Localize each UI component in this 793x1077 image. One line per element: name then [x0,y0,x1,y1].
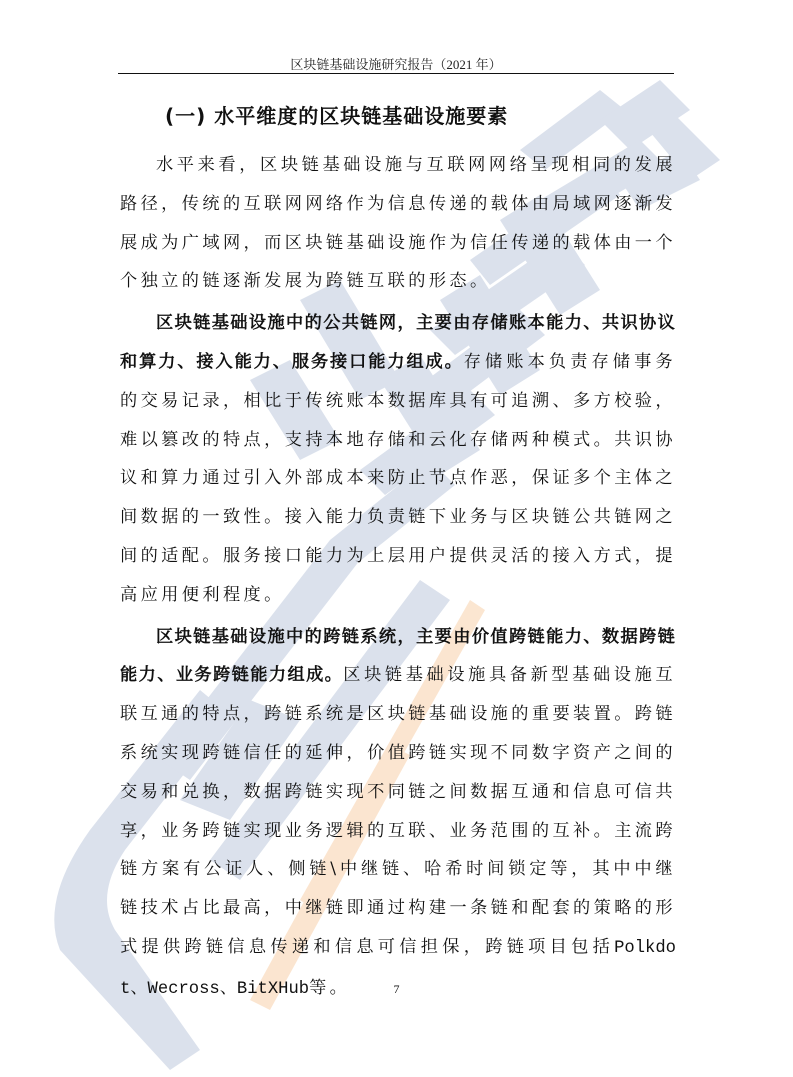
paragraph-body: 水平来看，区块链基础设施与互联网网络呈现相同的发展路径，传统的互联网网络作为信息… [120,155,676,291]
page-content: (一) 水平维度的区块链基础设施要素 水平来看，区块链基础设施与互联网网络呈现相… [120,96,676,1010]
header-rule [118,73,674,74]
paragraph-body: 区块链基础设施具备新型基础设施互联互通的特点，跨链系统是区块链基础设施的重要装置… [120,665,676,957]
paragraph-horizontal-overview: 水平来看，区块链基础设施与互联网网络呈现相同的发展路径，传统的互联网网络作为信息… [120,146,676,301]
paragraph-public-chain-network: 区块链基础设施中的公共链网，主要由存储账本能力、共识协议和算力、接入能力、服务接… [120,304,676,614]
running-header: 区块链基础设施研究报告（2021 年） [118,54,674,73]
paragraph-cross-chain-system: 区块链基础设施中的跨链系统，主要由价值跨链能力、数据跨链能力、业务跨链能力组成。… [120,618,676,1010]
paragraph-body: 存储账本负责存储事务的交易记录，相比于传统账本数据库具有可追溯、多方校验，难以篡… [120,352,676,605]
section-heading: (一) 水平维度的区块链基础设施要素 [165,96,676,138]
page-number: 7 [0,982,793,997]
